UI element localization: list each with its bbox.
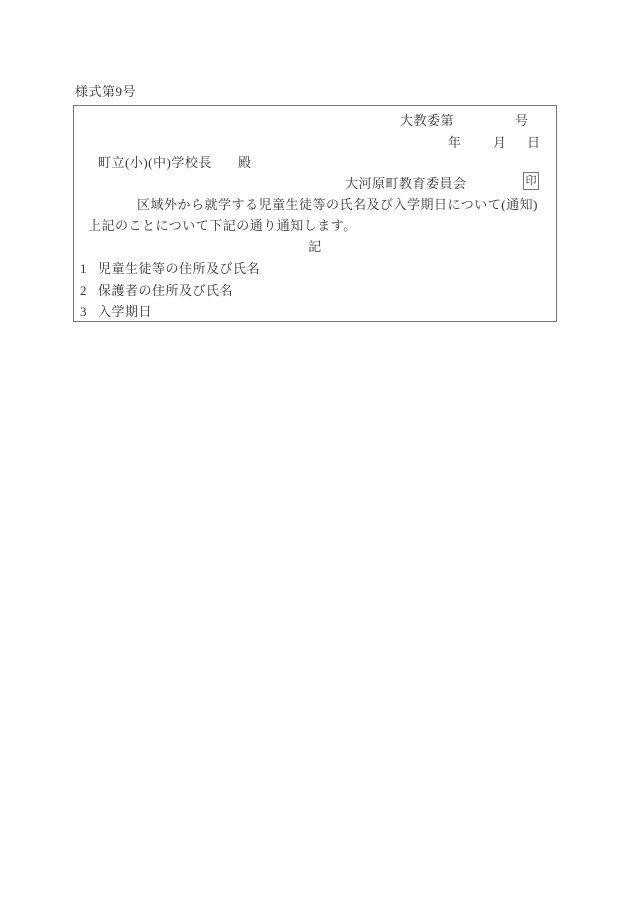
- document-page: 様式第9号 大教委第 号 年 月 日 町立(小)(中)学校長 殿 大河原町教育委…: [0, 0, 630, 916]
- item-number: 3: [80, 304, 87, 319]
- item-text: 保護者の住所及び氏名: [98, 283, 233, 298]
- reference-number-prefix: 大教委第: [400, 113, 454, 128]
- seal-label: 印: [526, 176, 537, 187]
- reference-number-suffix: 号: [515, 113, 529, 128]
- body-text: 上記のことについて下記の通り通知します。: [88, 218, 357, 233]
- date-day-label: 日: [527, 135, 541, 150]
- addressee-honorific: 殿: [238, 155, 252, 170]
- date-year-label: 年: [448, 135, 462, 150]
- sender-name: 大河原町教育委員会: [345, 176, 467, 191]
- seal-box: 印: [523, 172, 539, 190]
- subject-line: 区域外から就学する児童生徒等の氏名及び入学期日について(通知): [137, 197, 538, 212]
- date-month-label: 月: [493, 135, 507, 150]
- item-text: 入学期日: [98, 304, 152, 319]
- item-number: 2: [80, 283, 87, 298]
- item-text: 児童生徒等の住所及び氏名: [98, 261, 260, 276]
- item-number: 1: [80, 261, 87, 276]
- addressee-name: 町立(小)(中)学校長: [98, 155, 212, 170]
- section-marker: 記: [74, 239, 556, 254]
- form-number-label: 様式第9号: [75, 84, 136, 99]
- notice-box: 大教委第 号 年 月 日 町立(小)(中)学校長 殿 大河原町教育委員会 印 区…: [73, 105, 557, 322]
